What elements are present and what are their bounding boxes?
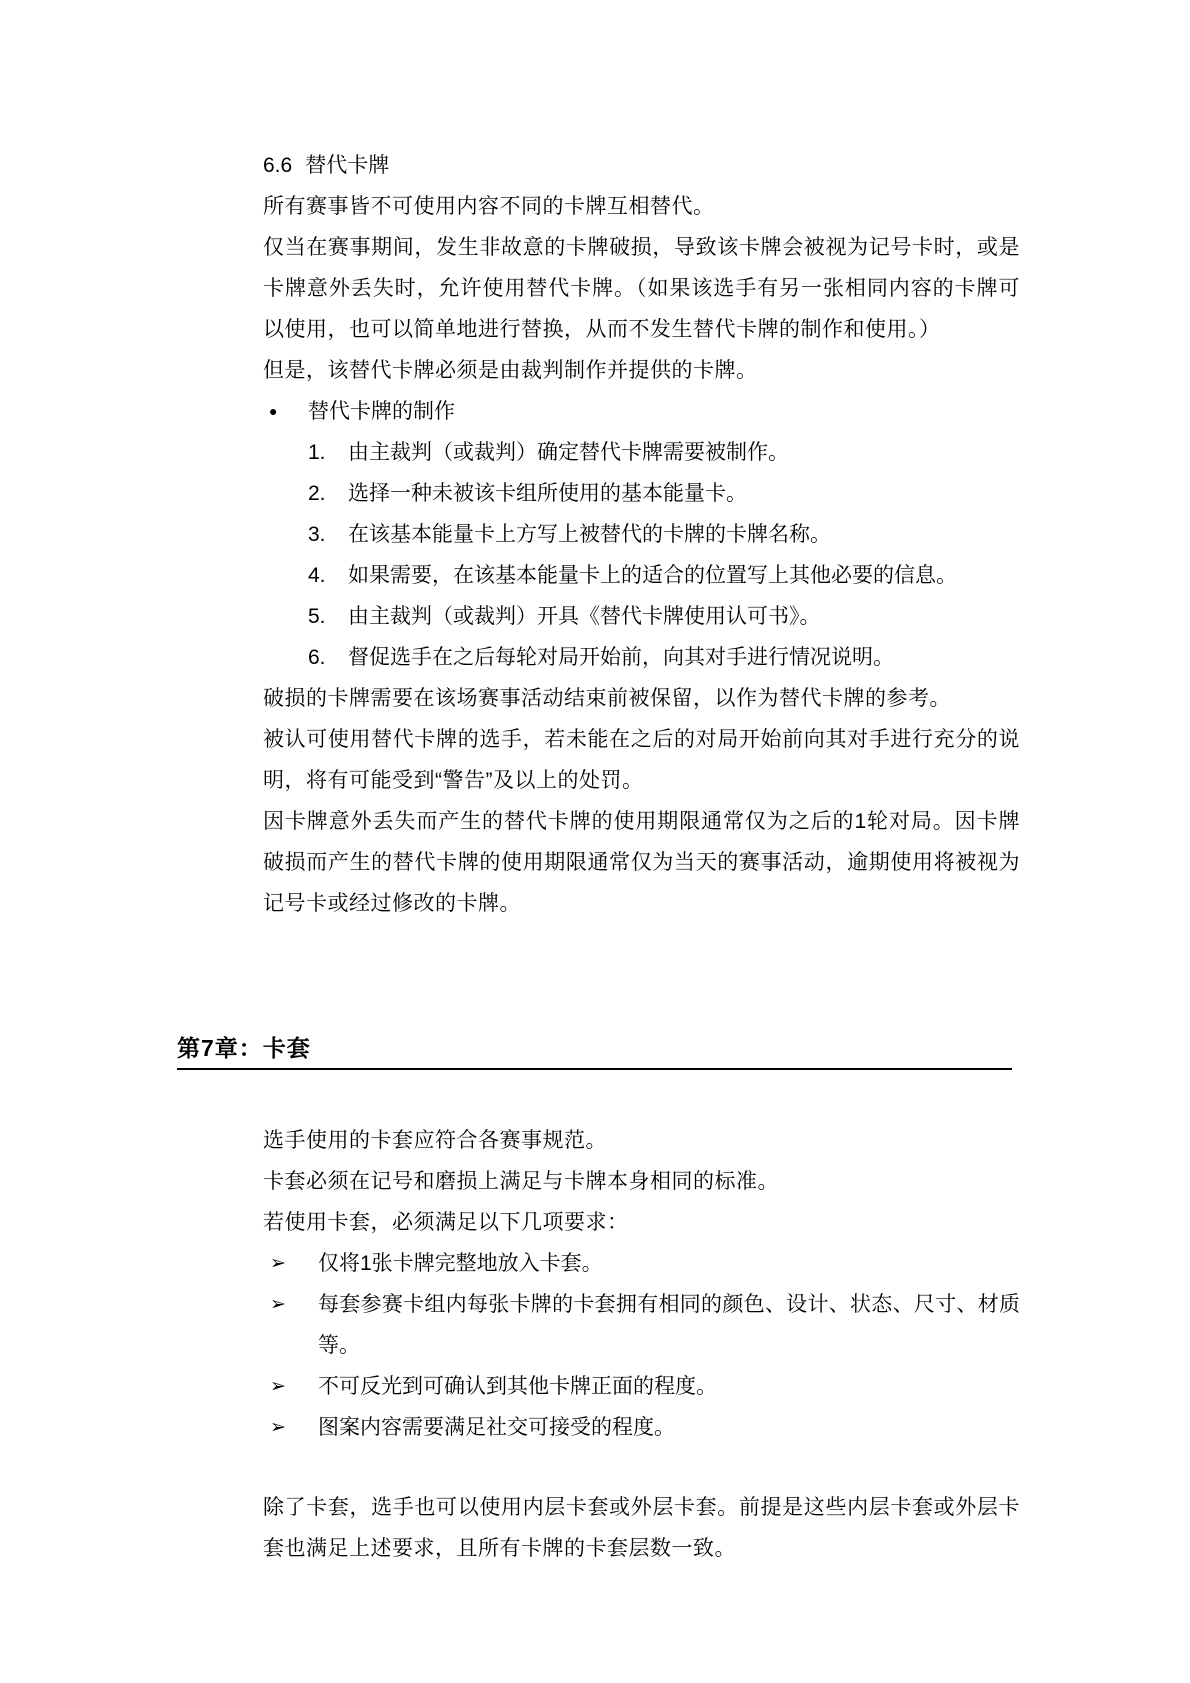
step-number: 2. [308,473,348,514]
step-number: 4. [308,555,348,596]
paragraph: 若使用卡套，必须满足以下几项要求： [263,1202,1020,1243]
paragraph: 仅当在赛事期间，发生非故意的卡牌破损，导致该卡牌会被视为记号卡时，或是卡牌意外丢… [263,227,1020,350]
step-number: 1. [308,432,348,473]
arrow-bullet-icon: ➢ [270,1407,318,1448]
chapter-7-heading: 第7章：卡套 [177,1035,1012,1061]
step-text: 督促选手在之后每轮对局开始前，向其对手进行情况说明。 [348,637,1020,678]
arrow-bullet-icon: ➢ [270,1243,318,1284]
numbered-step: 1. 由主裁判（或裁判）确定替代卡牌需要被制作。 [263,432,1020,473]
blank-line [263,1448,1020,1487]
step-number: 3. [308,514,348,555]
requirement-text: 每套参赛卡组内每张卡牌的卡套拥有相同的颜色、设计、状态、尺寸、材质等。 [318,1284,1020,1366]
numbered-step: 4. 如果需要，在该基本能量卡上的适合的位置写上其他必要的信息。 [263,555,1020,596]
section-6-6-heading: 6.6 替代卡牌 [263,145,1020,186]
paragraph: 破损的卡牌需要在该场赛事活动结束前被保留，以作为替代卡牌的参考。 [263,678,1020,719]
requirement-text: 仅将1张卡牌完整地放入卡套。 [318,1243,1020,1284]
step-text: 选择一种未被该卡组所使用的基本能量卡。 [348,473,1020,514]
paragraph: 选手使用的卡套应符合各赛事规范。 [263,1120,1020,1161]
chapter-7-body: 选手使用的卡套应符合各赛事规范。 卡套必须在记号和磨损上满足与卡牌本身相同的标准… [263,1120,1020,1569]
step-text: 由主裁判（或裁判）开具《替代卡牌使用认可书》。 [348,596,1020,637]
closing-paragraph: 除了卡套，选手也可以使用内层卡套或外层卡套。前提是这些内层卡套或外层卡套也满足上… [263,1487,1020,1569]
numbered-step: 3. 在该基本能量卡上方写上被替代的卡牌的卡牌名称。 [263,514,1020,555]
paragraph: 但是，该替代卡牌必须是由裁判制作并提供的卡牌。 [263,350,1020,391]
requirement-text: 图案内容需要满足社交可接受的程度。 [318,1407,1020,1448]
step-text: 在该基本能量卡上方写上被替代的卡牌的卡牌名称。 [348,514,1020,555]
paragraph: 卡套必须在记号和磨损上满足与卡牌本身相同的标准。 [263,1161,1020,1202]
chapter-7-heading-rule: 第7章：卡套 [177,1035,1012,1070]
requirement-item: ➢ 每套参赛卡组内每张卡牌的卡套拥有相同的颜色、设计、状态、尺寸、材质等。 [263,1284,1020,1366]
arrow-bullet-icon: ➢ [270,1284,318,1366]
step-number: 6. [308,637,348,678]
requirement-item: ➢ 图案内容需要满足社交可接受的程度。 [263,1407,1020,1448]
section-number: 6.6 [263,145,292,186]
numbered-step: 5. 由主裁判（或裁判）开具《替代卡牌使用认可书》。 [263,596,1020,637]
arrow-bullet-icon: ➢ [270,1366,318,1407]
requirement-item: ➢ 仅将1张卡牌完整地放入卡套。 [263,1243,1020,1284]
numbered-step: 2. 选择一种未被该卡组所使用的基本能量卡。 [263,473,1020,514]
list-item: ● 替代卡牌的制作 [263,391,1020,432]
document-page: 6.6 替代卡牌 所有赛事皆不可使用内容不同的卡牌互相替代。 仅当在赛事期间，发… [0,0,1190,1683]
list-item-label: 替代卡牌的制作 [308,391,1020,432]
paragraph: 因卡牌意外丢失而产生的替代卡牌的使用期限通常仅为之后的1轮对局。因卡牌破损而产生… [263,801,1020,924]
section-6-6: 6.6 替代卡牌 所有赛事皆不可使用内容不同的卡牌互相替代。 仅当在赛事期间，发… [263,0,1020,924]
paragraph: 被认可使用替代卡牌的选手，若未能在之后的对局开始前向其对手进行充分的说明，将有可… [263,719,1020,801]
dot-bullet-icon: ● [263,391,308,432]
step-text: 由主裁判（或裁判）确定替代卡牌需要被制作。 [348,432,1020,473]
step-text: 如果需要，在该基本能量卡上的适合的位置写上其他必要的信息。 [348,555,1020,596]
section-title: 替代卡牌 [305,145,389,186]
numbered-step: 6. 督促选手在之后每轮对局开始前，向其对手进行情况说明。 [263,637,1020,678]
step-number: 5. [308,596,348,637]
requirement-text: 不可反光到可确认到其他卡牌正面的程度。 [318,1366,1020,1407]
requirement-item: ➢ 不可反光到可确认到其他卡牌正面的程度。 [263,1366,1020,1407]
paragraph: 所有赛事皆不可使用内容不同的卡牌互相替代。 [263,186,1020,227]
